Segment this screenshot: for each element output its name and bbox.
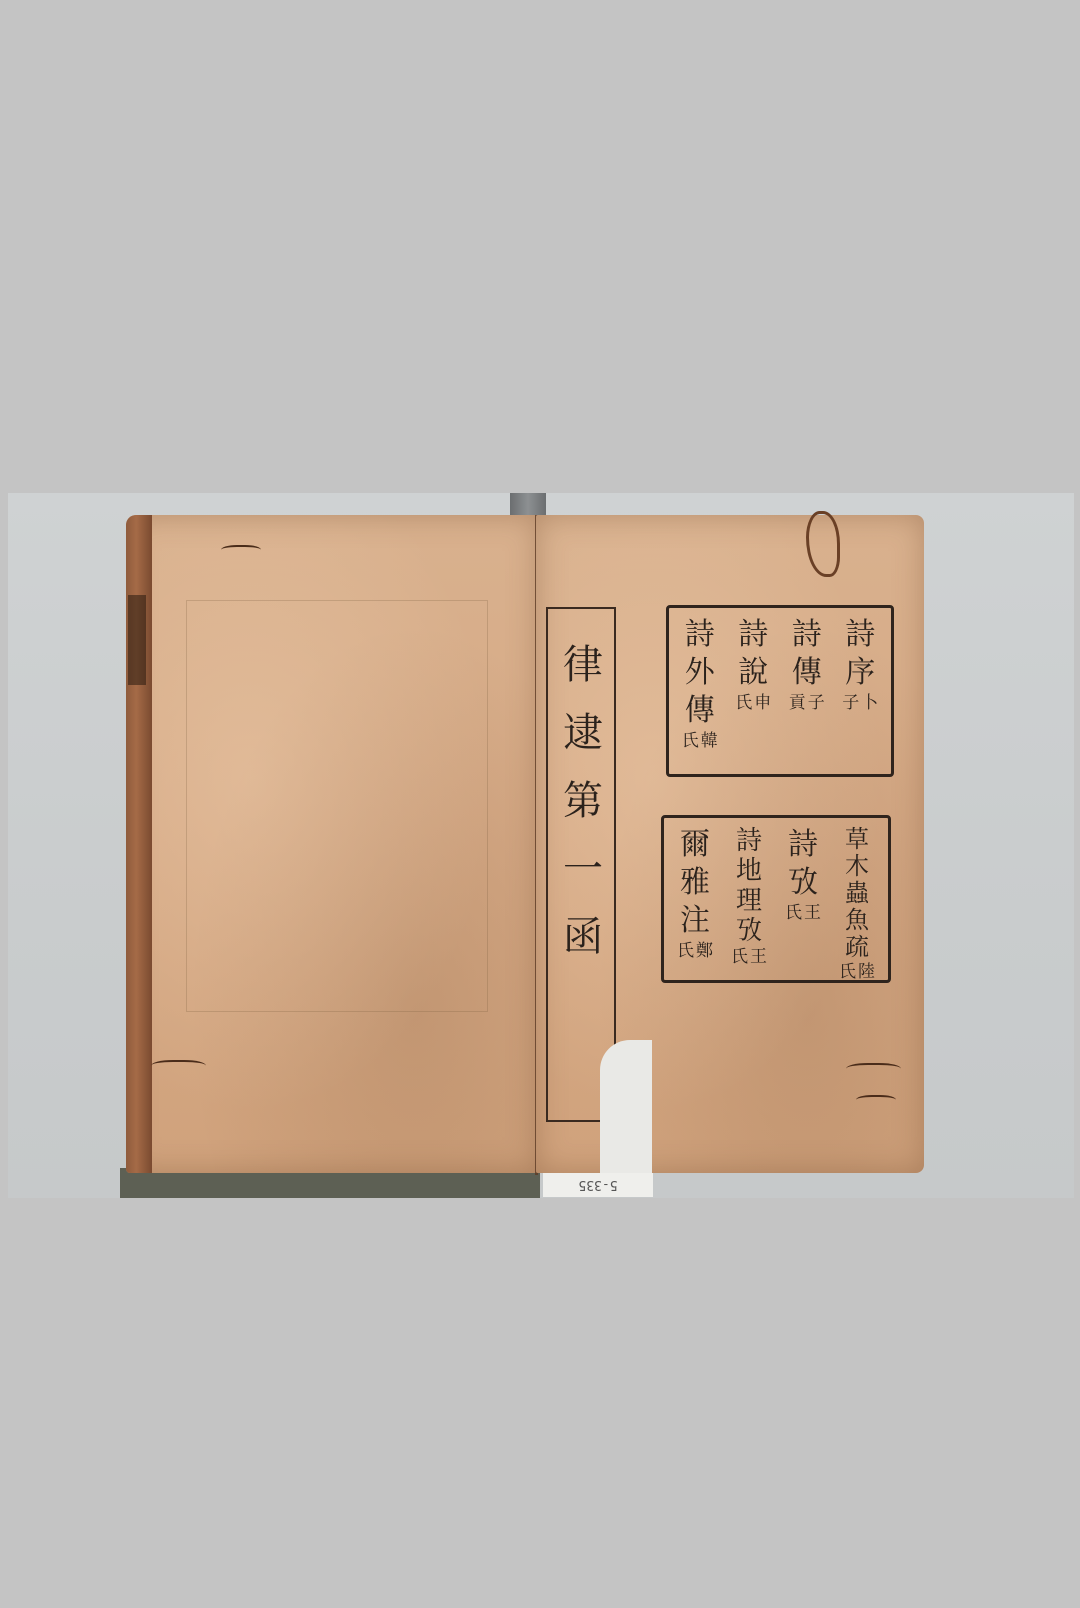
entry-title-char: 注 [680, 902, 710, 940]
entry-author: 子卜 [842, 692, 878, 714]
entry-title-char: 詩 [845, 616, 875, 654]
entry-title-char: 地 [736, 856, 762, 886]
contents-entry: 詩 傳 貢子 [789, 616, 825, 766]
contents-entry: 詩 外 傳 氏韓 [682, 616, 718, 766]
entry-title-char: 外 [685, 654, 715, 692]
tear-mark [221, 545, 261, 557]
entry-title-char: 說 [738, 654, 768, 692]
entry-title-char: 攷 [788, 864, 818, 902]
title-char: 律 [563, 637, 603, 693]
contents-box-1: 詩 序 子卜 詩 傳 貢子 詩 說 氏申 詩 外 傳 氏韓 [666, 605, 894, 777]
entry-title-char: 木 [845, 853, 869, 880]
contents-entry: 草 木 蟲 魚 疏 氏陸 [839, 826, 875, 972]
entry-author: 氏王 [785, 902, 821, 924]
title-label-frame: 律 逮 第 一 函 [546, 607, 616, 1122]
volume-title: 律 逮 第 一 函 [554, 637, 612, 965]
tear-mark [151, 1060, 206, 1074]
tear-mark [846, 1063, 901, 1077]
damage-mark [806, 511, 840, 577]
entry-title-char: 傳 [685, 692, 715, 730]
catalog-tag: 5-335 [543, 1173, 653, 1197]
contents-entry: 詩 地 理 攷 氏王 [731, 826, 767, 972]
entry-title-char: 詩 [792, 616, 822, 654]
entry-title-char: 疏 [845, 934, 869, 961]
tear-mark [856, 1095, 896, 1107]
title-char: 一 [563, 841, 603, 897]
title-char: 第 [563, 773, 603, 829]
entry-author: 氏申 [735, 692, 771, 714]
entry-title-char: 草 [845, 826, 869, 853]
right-page: 律 逮 第 一 函 詩 序 子卜 詩 傳 貢子 詩 說 氏申 [536, 515, 924, 1173]
entry-author: 氏陸 [839, 961, 875, 983]
entry-author: 氏韓 [682, 730, 718, 752]
book-spine-edge [126, 515, 152, 1173]
bleed-through-frame [186, 600, 488, 1012]
entry-title-char: 雅 [680, 864, 710, 902]
entry-title-char: 詩 [736, 826, 762, 856]
left-page [126, 515, 538, 1173]
entry-author: 氏鄭 [677, 940, 713, 962]
entry-title-char: 詩 [788, 826, 818, 864]
entry-title-char: 詩 [738, 616, 768, 654]
entry-title-char: 理 [736, 886, 762, 916]
entry-title-char: 蟲 [845, 880, 869, 907]
contents-entry: 爾 雅 注 氏鄭 [677, 826, 713, 972]
entry-title-char: 攷 [736, 916, 762, 946]
title-char: 函 [563, 909, 603, 965]
entry-author: 氏王 [731, 946, 767, 968]
entry-title-char: 序 [845, 654, 875, 692]
contents-entry: 詩 攷 氏王 [785, 826, 821, 972]
title-char: 逮 [563, 705, 603, 761]
entry-title-char: 魚 [845, 907, 869, 934]
entry-title-char: 詩 [685, 616, 715, 654]
entry-author: 貢子 [789, 692, 825, 714]
paper-tape-strip [600, 1040, 652, 1175]
entry-title-char: 傳 [792, 654, 822, 692]
contents-box-2: 草 木 蟲 魚 疏 氏陸 詩 攷 氏王 詩 地 理 攷 氏王 爾 雅 [661, 815, 891, 983]
contents-entry: 詩 說 氏申 [735, 616, 771, 766]
entry-title-char: 爾 [680, 826, 710, 864]
contents-entry: 詩 序 子卜 [842, 616, 878, 766]
